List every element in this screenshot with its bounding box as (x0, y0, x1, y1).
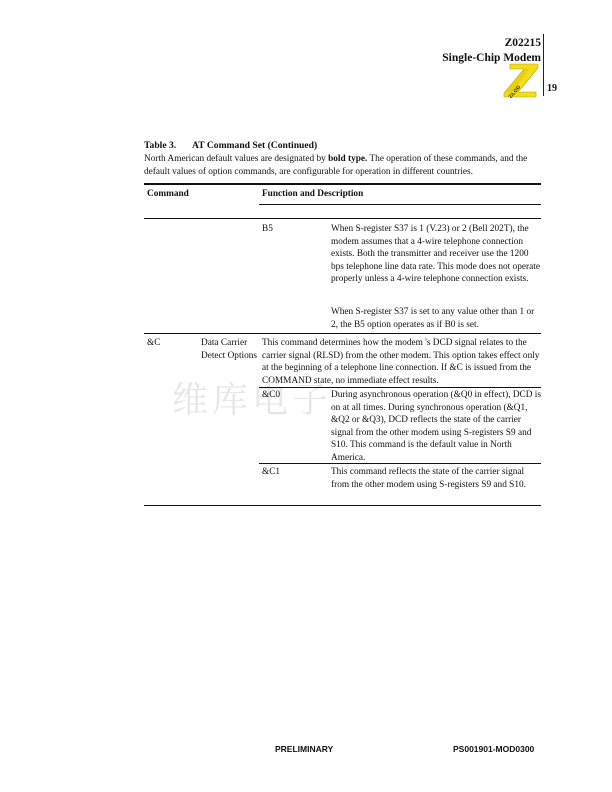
header-divider (543, 34, 544, 96)
option-amp-c1: &C1 (262, 466, 280, 479)
table-number: Table 3. (144, 140, 192, 151)
table-bottom-rule (144, 505, 541, 506)
header-subrule (259, 204, 541, 205)
option-amp-c1-desc: This command reflects the state of the c… (331, 466, 541, 491)
footer-doc-id: PS001901-MOD0300 (453, 744, 534, 754)
option-amp-c0: &C0 (262, 389, 280, 402)
option-b5: B5 (262, 223, 273, 236)
table-caption: Table 3.AT Command Set (Continued) (144, 140, 317, 151)
table-top-rule (144, 183, 541, 185)
option-divider (259, 463, 541, 464)
table-title: AT Command Set (Continued) (192, 140, 317, 151)
command-amp-c: &C (147, 337, 160, 350)
table-note: North American default values are design… (144, 153, 544, 178)
page-number: 19 (547, 83, 557, 94)
footer-status: PRELIMINARY (275, 744, 333, 754)
part-number: Z02215 (442, 36, 541, 51)
option-b5-desc-2: When S-register S37 is set to any value … (331, 306, 541, 331)
option-b5-desc-1: When S-register S37 is 1 (V.23) or 2 (Be… (331, 223, 541, 286)
row-divider (144, 333, 541, 334)
zilog-logo-icon: ZiLOG (500, 62, 540, 98)
column-header-command: Command (147, 188, 189, 201)
header-bottom-rule (144, 218, 541, 219)
description-amp-c: This command determines how the modem 's… (262, 337, 542, 387)
column-header-function: Function and Description (262, 188, 363, 201)
function-name-amp-c: Data Carrier Detect Options (201, 337, 259, 362)
option-divider (259, 387, 541, 388)
option-amp-c0-desc: During asynchronous operation (&Q0 in ef… (331, 389, 541, 464)
